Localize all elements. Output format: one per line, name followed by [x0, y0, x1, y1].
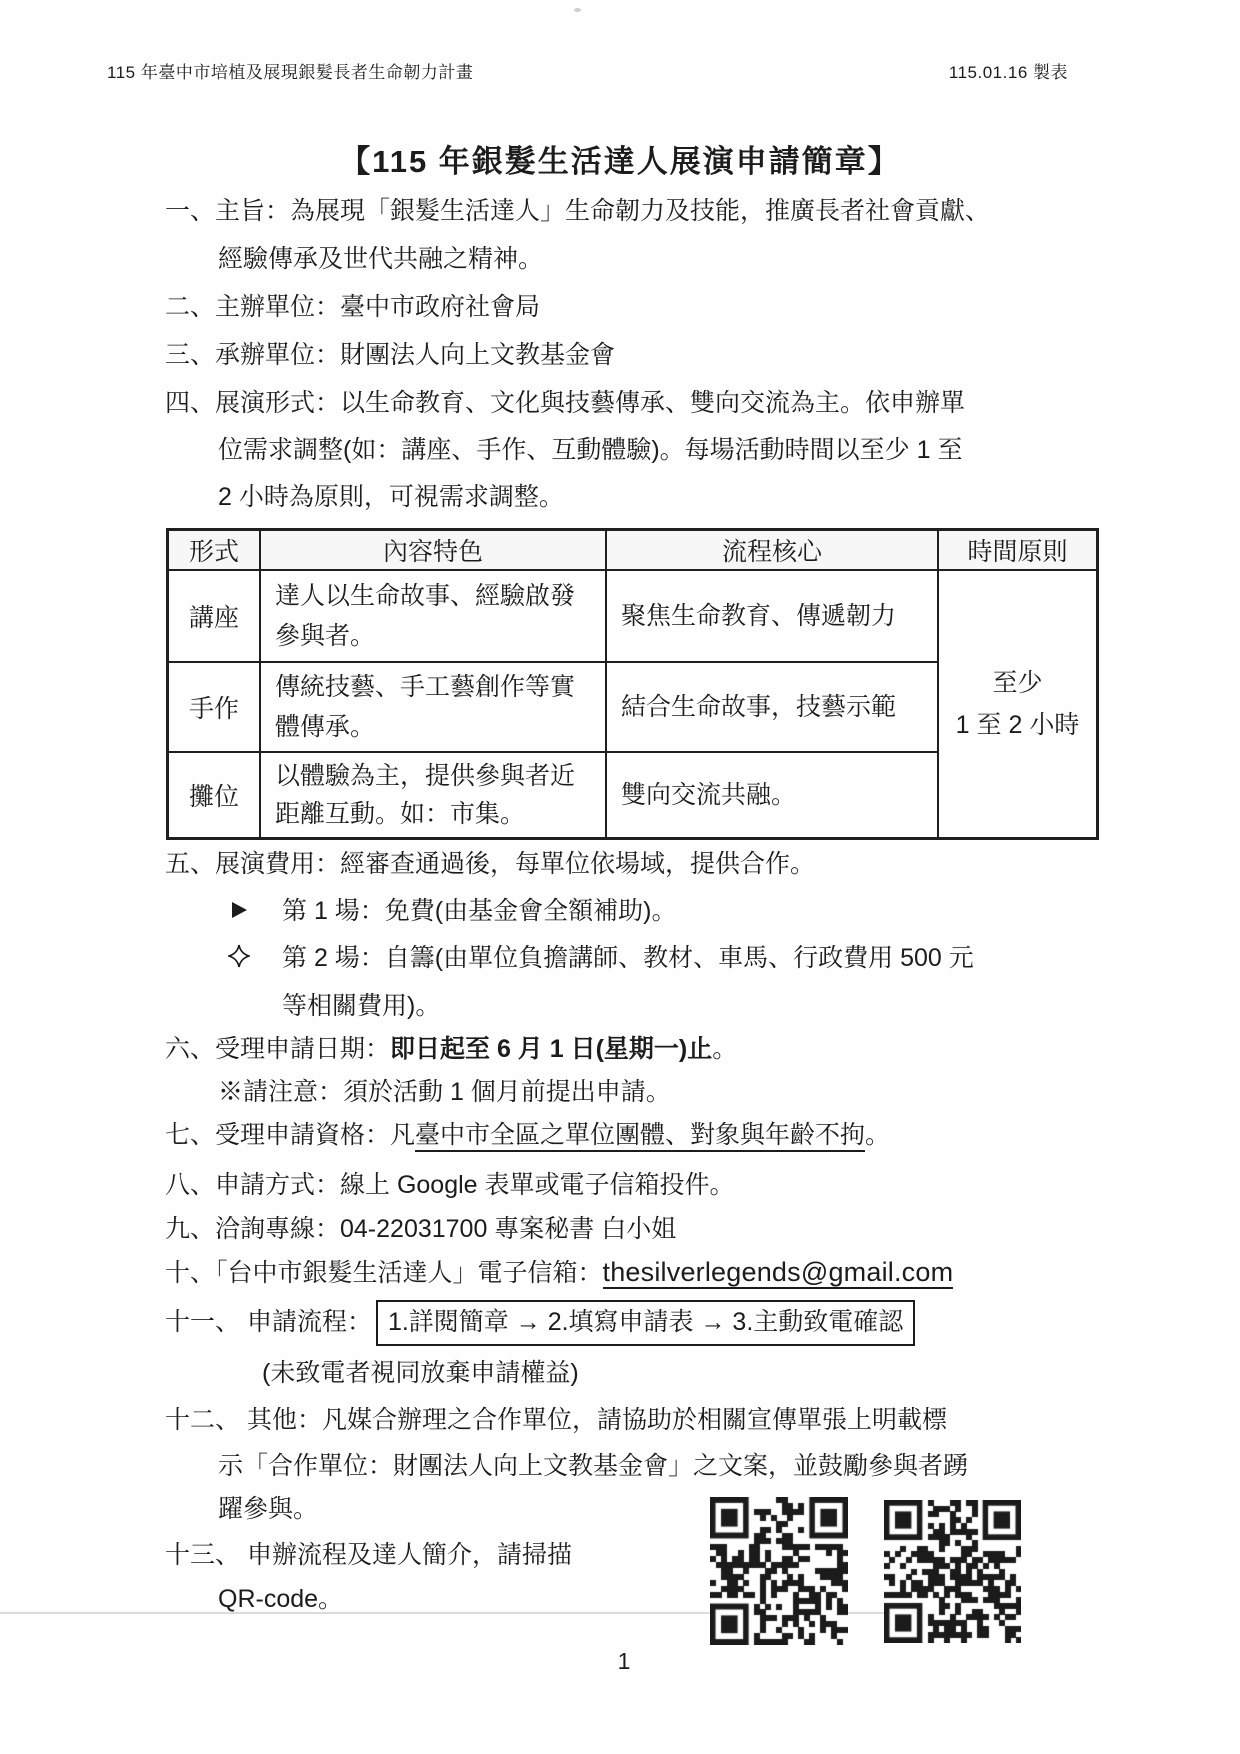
- qr-code-left: [710, 1497, 848, 1645]
- table-cell-core-2: 結合生命故事，技藝示範: [607, 683, 937, 731]
- diamond-star-bullet-icon: [228, 944, 252, 970]
- table-cell-feature-2: 傳統技藝、手工藝創作等實體傳承。: [261, 663, 605, 751]
- item-4-line-3: 2 小時為原則，可視需求調整。: [218, 479, 564, 515]
- application-flow-box: 1.詳閱簡章 → 2.填寫申請表 → 3.主動致電確認: [376, 1300, 915, 1346]
- item-5-sub-2-line-2: 等相關費用)。: [282, 988, 440, 1024]
- scan-speck: [574, 8, 581, 12]
- item-11-line: 十一、 申請流程：1.詳閱簡章 → 2.填寫申請表 → 3.主動致電確認: [165, 1300, 915, 1346]
- item-3-line: 三、承辦單位：財團法人向上文教基金會: [165, 337, 615, 373]
- time-principle-line-1: 至少: [992, 669, 1042, 697]
- item-10-line: 十、「台中市銀髮生活達人」電子信箱：thesilverlegends@gmail…: [165, 1254, 953, 1291]
- item-6-period: 。: [712, 1035, 737, 1063]
- table-cell-form-2: 手作: [168, 662, 261, 752]
- item-11-note: (未致電者視同放棄申請權益): [262, 1355, 579, 1391]
- table-header-form: 形式: [168, 530, 261, 570]
- qr-code-right: [884, 1500, 1021, 1643]
- item-6-line: 六、受理申請日期：即日起至 6 月 1 日(星期一)止。: [165, 1031, 737, 1067]
- header-left-text: 115 年臺中市培植及展現銀髮長者生命韌力計畫: [107, 58, 473, 83]
- item-12-line-2: 示「合作單位：財團法人向上文教基金會」之文案，並鼓勵參與者踴: [218, 1448, 968, 1484]
- item-12-line-1: 十二、 其他：凡媒合辦理之合作單位，請協助於相關宣傳單張上明載標: [165, 1402, 947, 1438]
- item-4-line-2: 位需求調整(如：講座、手作、互動體驗)。每場活動時間以至少 1 至: [218, 432, 962, 468]
- item-12-line-3: 躍參與。: [218, 1491, 318, 1527]
- item-2-line: 二、主辦單位：臺中市政府社會局: [165, 289, 540, 325]
- item-7-underlined-eligibility: 臺中市全區之單位團體、對象與年齡不拘: [415, 1121, 865, 1152]
- table-cell-core-3: 雙向交流共融。: [607, 771, 937, 819]
- header-right-text: 115.01.16 製表: [949, 58, 1068, 83]
- table-header-row: 形式 內容特色 流程核心 時間原則: [168, 530, 1098, 570]
- table-cell-feature-1: 達人以生命故事、經驗啟發參與者。: [261, 572, 605, 660]
- item-7-period: 。: [865, 1121, 890, 1149]
- scanned-document-page: 115 年臺中市培植及展現銀髮長者生命韌力計畫 115.01.16 製表 【11…: [0, 0, 1240, 1754]
- table-cell-form-3: 攤位: [168, 752, 261, 839]
- item-9-line: 九、洽詢專線：04-22031700 專案秘書 白小姐: [165, 1211, 676, 1247]
- item-6-note: ※請注意：須於活動 1 個月前提出申請。: [218, 1074, 671, 1110]
- item-13-line-1: 十三、 申辦流程及達人簡介，請掃描: [165, 1537, 572, 1573]
- contact-email: thesilverlegends@gmail.com: [603, 1257, 954, 1289]
- table-row: 講座 達人以生命故事、經驗啟發參與者。 聚焦生命教育、傳遞韌力 至少 1 至 2…: [168, 570, 1098, 662]
- table-header-core: 流程核心: [606, 530, 938, 570]
- item-10-prefix: 十、「台中市銀髮生活達人」電子信箱：: [165, 1259, 603, 1287]
- table-header-time: 時間原則: [938, 530, 1098, 570]
- item-4-line-1: 四、展演形式：以生命教育、文化與技藝傳承、雙向交流為主。依申辦單: [165, 385, 965, 421]
- item-1-line-1: 一、主旨：為展現「銀髮生活達人」生命韌力及技能，推廣長者社會貢獻、: [165, 193, 990, 229]
- item-1-line-2: 經驗傳承及世代共融之精神。: [218, 241, 543, 277]
- item-5-sub-2-line-1: 第 2 場：自籌(由單位負擔講師、教材、車馬、行政費用 500 元: [282, 940, 974, 976]
- item-5-sub-1: 第 1 場：免費(由基金會全額補助)。: [282, 893, 676, 929]
- time-principle-line-2: 1 至 2 小時: [956, 711, 1080, 739]
- page-number: 1: [0, 1648, 1240, 1675]
- item-6-deadline-bold: 即日起至 6 月 1 日(星期一)止: [390, 1035, 712, 1063]
- item-5-line: 五、展演費用：經審查通過後，每單位依場域，提供合作。: [165, 846, 815, 882]
- exhibition-format-table: 形式 內容特色 流程核心 時間原則 講座 達人以生命故事、經驗啟發參與者。 聚焦…: [166, 528, 1099, 840]
- item-7-line: 七、受理申請資格：凡臺中市全區之單位團體、對象與年齡不拘。: [165, 1117, 890, 1153]
- table-header-feature: 內容特色: [260, 530, 606, 570]
- table-cell-time-principle: 至少 1 至 2 小時: [938, 570, 1098, 839]
- item-8-line: 八、申請方式：線上 Google 表單或電子信箱投件。: [165, 1167, 735, 1203]
- table-cell-core-1: 聚焦生命教育、傳遞韌力: [607, 592, 937, 640]
- table-cell-form-1: 講座: [168, 570, 261, 662]
- arrowhead-bullet-icon: [230, 899, 254, 925]
- item-6-prefix: 六、受理申請日期：: [165, 1035, 390, 1063]
- item-7-prefix: 七、受理申請資格：凡: [165, 1121, 415, 1149]
- table-cell-feature-3: 以體驗為主，提供參與者近距離互動。如：市集。: [261, 753, 605, 837]
- item-11-prefix: 十一、 申請流程：: [165, 1308, 372, 1336]
- page-title: 【115 年銀髮生活達人展演申請簡章】: [0, 136, 1240, 181]
